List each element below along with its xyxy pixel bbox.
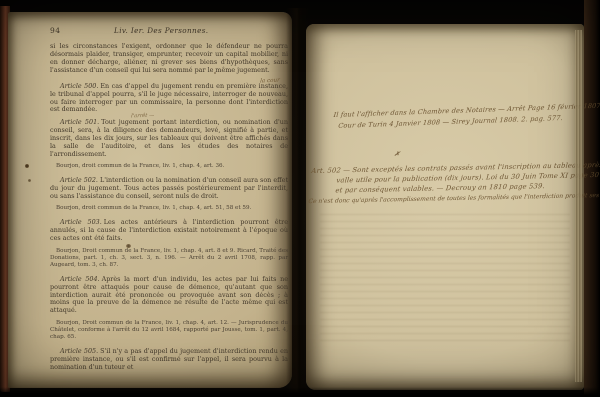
ink-spot: [28, 179, 31, 182]
article-503-text: Article 503.Les actes antérieurs à l'int…: [50, 219, 288, 243]
article-501-text: Article 501.Tout jugement portant interd…: [50, 119, 288, 159]
handwritten-note-2: Art. 502 — Sont exceptés les contrats pa…: [308, 160, 582, 205]
article-504-reference: Bourjon, Droit commun de la France, liv.…: [50, 320, 288, 341]
article-503-reference: Bourjon, Droit commun de la France, liv.…: [50, 248, 288, 269]
article-500-text: Article 500.En cas d'appel du jugement r…: [50, 83, 288, 115]
right-page: Il faut l'afficher dans la Chambre des N…: [306, 24, 584, 390]
article-505: Article 505.S'il n'y a pas d'appel du ju…: [50, 348, 288, 372]
article-label: Article 502.: [60, 176, 98, 184]
printed-text-block: 94 Liv. Ier. Des Personnes. si les circo…: [50, 26, 288, 376]
handwritten-correction-la-cour: la cour: [260, 77, 280, 85]
left-page: 94 Liv. Ier. Des Personnes. si les circo…: [8, 12, 292, 388]
article-label: Article 500.: [60, 82, 98, 90]
article-label: Article 501.: [60, 118, 99, 126]
article-502: Article 502.L'interdiction ou la nominat…: [50, 177, 288, 212]
page-header: 94 Liv. Ier. Des Personnes.: [50, 26, 288, 36]
running-title: Liv. Ier. Des Personnes.: [61, 27, 288, 36]
article-501: l'arrêt — Article 501.Tout jugement port…: [50, 119, 288, 170]
open-book-photo: 94 Liv. Ier. Des Personnes. si les circo…: [0, 0, 600, 397]
bottom-shadow: [0, 387, 600, 397]
page-edge-stack: [575, 30, 582, 382]
pen-mark: ✗: [393, 150, 400, 159]
article-502-text: Article 502.L'interdiction ou la nominat…: [50, 177, 288, 201]
article-502-reference: Bourjon, droit commun de la France, liv.…: [50, 205, 288, 212]
article-503: Article 503.Les actes antérieurs à l'int…: [50, 219, 288, 268]
article-label: Article 504.: [60, 275, 100, 283]
article-504: Article 504.Après la mort d'un individu,…: [50, 276, 288, 341]
article-label: Article 505.: [60, 347, 98, 355]
article-504-text: Article 504.Après la mort d'un individu,…: [50, 276, 288, 316]
handwritten-interlinear-note: l'arrêt —: [131, 113, 155, 120]
handwritten-note-1: Il faut l'afficher dans la Chambre des N…: [332, 102, 570, 131]
ink-spot: [25, 164, 29, 168]
intro-paragraph: si les circonstances l'exigent, ordonner…: [50, 43, 288, 75]
article-500: la cour Article 500.En cas d'appel du ju…: [50, 83, 288, 115]
article-505-text: Article 505.S'il n'y a pas d'appel du ju…: [50, 348, 288, 372]
ink-showthrough: [320, 214, 570, 344]
article-501-reference: Bourjon, droit commun de la France, liv.…: [50, 163, 288, 170]
page-number: 94: [50, 26, 61, 35]
